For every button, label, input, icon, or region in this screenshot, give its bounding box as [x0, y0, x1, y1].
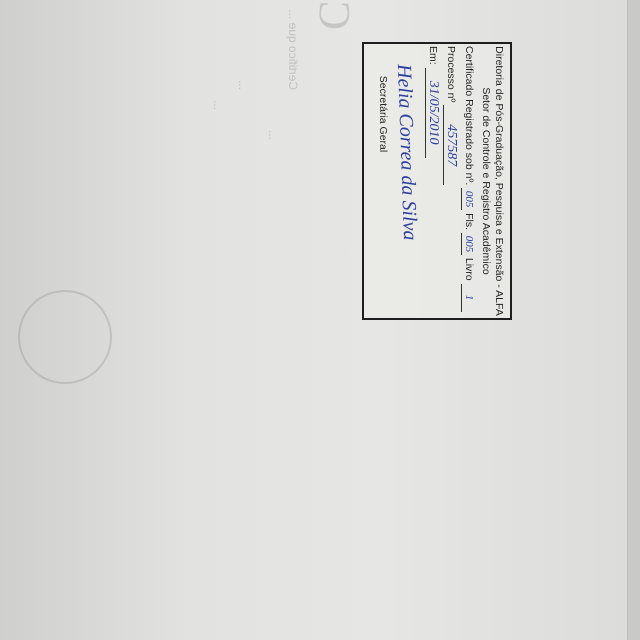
registro-line: Certificado Registrado sob nº. 005 Fls. … [461, 46, 476, 312]
registro-label: Certificado Registrado sob nº. [463, 46, 475, 185]
ghost-line: ... [266, 130, 280, 140]
date-line: Em: 31/05/2010 [425, 46, 440, 158]
fls-label: Fls. [463, 213, 475, 230]
em-label: Em: [427, 46, 439, 65]
registro-value: 005 [461, 188, 476, 210]
fls-value: 005 [461, 233, 476, 255]
ghost-line: ... [211, 100, 225, 110]
ghost-title: CERTIFICADO [309, 0, 360, 30]
livro-label: Livro [463, 258, 475, 281]
signature: Helia Correa da Silva [397, 64, 417, 241]
document-photo: CERTIFICADO UNIVERSIDADE UNIVERSIDADE Ce… [0, 0, 630, 640]
registration-stamp: Diretoria de Pós-Graduação, Pesquisa e E… [362, 42, 512, 320]
ghost-line: ... [236, 80, 250, 90]
seal-icon [18, 290, 112, 384]
ghost-line: Certifico que ... [286, 9, 300, 90]
livro-value: 1 [461, 284, 476, 312]
page-edge [627, 0, 640, 640]
processo-label: Processo nº [445, 46, 457, 102]
processo-line: Processo nº 457587 [443, 46, 458, 185]
role-label: Secretária Geral [376, 44, 390, 184]
stamp-header-1: Diretoria de Pós-Graduação, Pesquisa e E… [492, 44, 506, 318]
stamp-header-2: Setor de Controle e Registro Acadêmico [479, 44, 493, 318]
processo-value: 457587 [443, 105, 458, 185]
date-value: 31/05/2010 [425, 68, 440, 158]
